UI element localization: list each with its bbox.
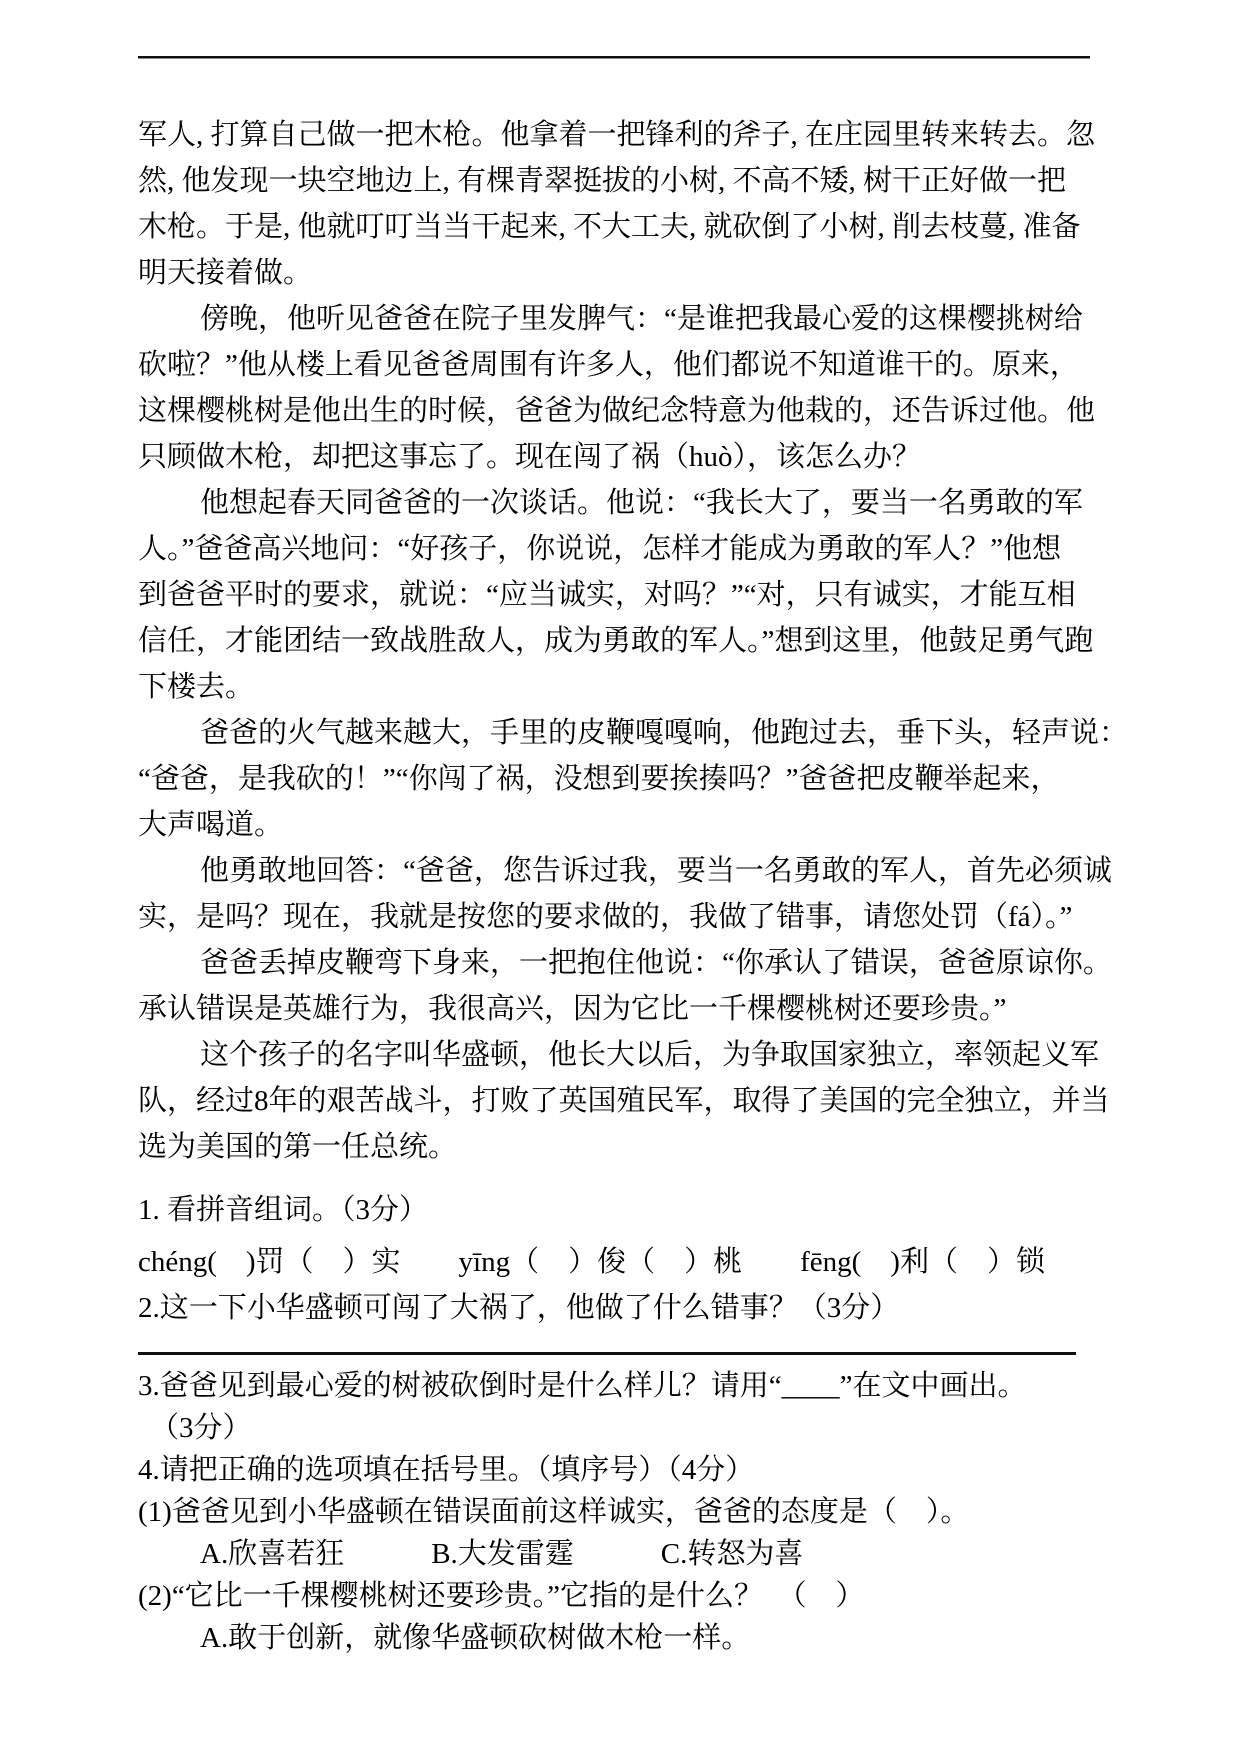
reading-passage: 军人, 打算自己做一把木枪。他拿着一把锋利的斧子, 在庄园里转来转去。忽 然, … (138, 112, 1098, 1170)
passage-line: 爸爸丢掉皮鞭弯下身来，一把抱住他说：“你承认了错误，爸爸原谅你。 (138, 940, 1098, 986)
question-3-prompt-line1: 3.爸爸见到最心爱的树被砍倒时是什么样儿？请用“____”在文中画出。 (138, 1365, 1098, 1407)
passage-line: 到爸爸平时的要求，就说：“应当诚实，对吗？”“对，只有诚实，才能互相 (138, 572, 1098, 618)
question-4-sub1-options: A.欣喜若狂 B.大发雷霆 C.转怒为喜 (138, 1533, 1098, 1575)
passage-line: 队，经过8年的艰苦战斗，打败了英国殖民军，取得了美国的完全独立，并当 (138, 1078, 1098, 1124)
passage-line: 选为美国的第一任总统。 (138, 1124, 1098, 1170)
passage-line: 他想起春天同爸爸的一次谈话。他说：“我长大了，要当一名勇敢的军 (138, 480, 1098, 526)
passage-line: 下楼去。 (138, 664, 1098, 710)
section-divider-rule (138, 1352, 1076, 1355)
page-content: 军人, 打算自己做一把木枪。他拿着一把锋利的斧子, 在庄园里转来转去。忽 然, … (138, 112, 1098, 1659)
question-1-prompt: 1. 看拼音组词。（3分） (138, 1187, 1098, 1233)
passage-line: 大声喝道。 (138, 802, 1098, 848)
passage-line: 信任，才能团结一致战胜敌人，成为勇敢的军人。”想到这里，他鼓足勇气跑 (138, 618, 1098, 664)
passage-line: 人。”爸爸高兴地问：“好孩子，你说说，怎样才能成为勇敢的军人？”他想 (138, 526, 1098, 572)
passage-line: 明天接着做。 (138, 250, 1098, 296)
passage-line: 木枪。于是, 他就叮叮当当干起来, 不大工夫, 就砍倒了小树, 削去枝蔓, 准备 (138, 204, 1098, 250)
passage-line: 只顾做木枪，却把这事忘了。现在闯了祸（huò），该怎么办？ (138, 434, 1098, 480)
passage-line: 这个孩子的名字叫华盛顿，他长大以后，为争取国家独立，率领起义军 (138, 1032, 1098, 1078)
passage-line: 砍啦？”他从楼上看见爸爸周围有许多人，他们都说不知道谁干的。原来， (138, 342, 1098, 388)
header-rule (138, 56, 1090, 59)
passage-line: 这棵樱桃树是他出生的时候，爸爸为做纪念特意为他栽的，还告诉过他。他 (138, 388, 1098, 434)
passage-line: 傍晚，他听见爸爸在院子里发脾气：“是谁把我最心爱的这棵樱挑树给 (138, 296, 1098, 342)
question-4-prompt: 4.请把正确的选项填在括号里。（填序号）（4分） (138, 1449, 1098, 1491)
passage-line: 然, 他发现一块空地边上, 有棵青翠挺拔的小树, 不高不矮, 树干正好做一把 (138, 158, 1098, 204)
passage-line: 实，是吗？现在，我就是按您的要求做的，我做了错事，请您处罚（fá）。” (138, 894, 1098, 940)
passage-line: 承认错误是英雄行为，我很高兴，因为它比一千棵樱桃树还要珍贵。” (138, 986, 1098, 1032)
passage-line: 他勇敢地回答：“爸爸，您告诉过我，要当一名勇敢的军人，首先必须诚 (138, 848, 1098, 894)
passage-line: “爸爸，是我砍的！”“你闯了祸，没想到要挨揍吗？”爸爸把皮鞭举起来， (138, 756, 1098, 802)
question-4-sub2-option-a: A.敢于创新，就像华盛顿砍树做木枪一样。 (138, 1617, 1098, 1659)
question-2-prompt: 2.这一下小华盛顿可闯了大祸了，他做了什么错事？（3分） (138, 1285, 1098, 1331)
question-4-sub1-prompt: (1)爸爸见到小华盛顿在错误面前这样诚实，爸爸的态度是（ ）。 (138, 1491, 1098, 1533)
question-1-pinyin-blanks: chéng( )罚（ ）实 yīng（ ）俊（ ）桃 fēng( )利（ ）锁 (138, 1239, 1098, 1285)
passage-line: 爸爸的火气越来越大，手里的皮鞭嘎嘎响，他跑过去，垂下头，轻声说： (138, 710, 1098, 756)
passage-line: 军人, 打算自己做一把木枪。他拿着一把锋利的斧子, 在庄园里转来转去。忽 (138, 112, 1098, 158)
test-paper-page: 军人, 打算自己做一把木枪。他拿着一把锋利的斧子, 在庄园里转来转去。忽 然, … (0, 0, 1241, 1754)
question-3-score: （3分） (138, 1407, 1098, 1449)
question-4-sub2-prompt: (2)“它比一千棵樱桃树还要珍贵。”它指的是什么？ （ ） (138, 1575, 1098, 1617)
